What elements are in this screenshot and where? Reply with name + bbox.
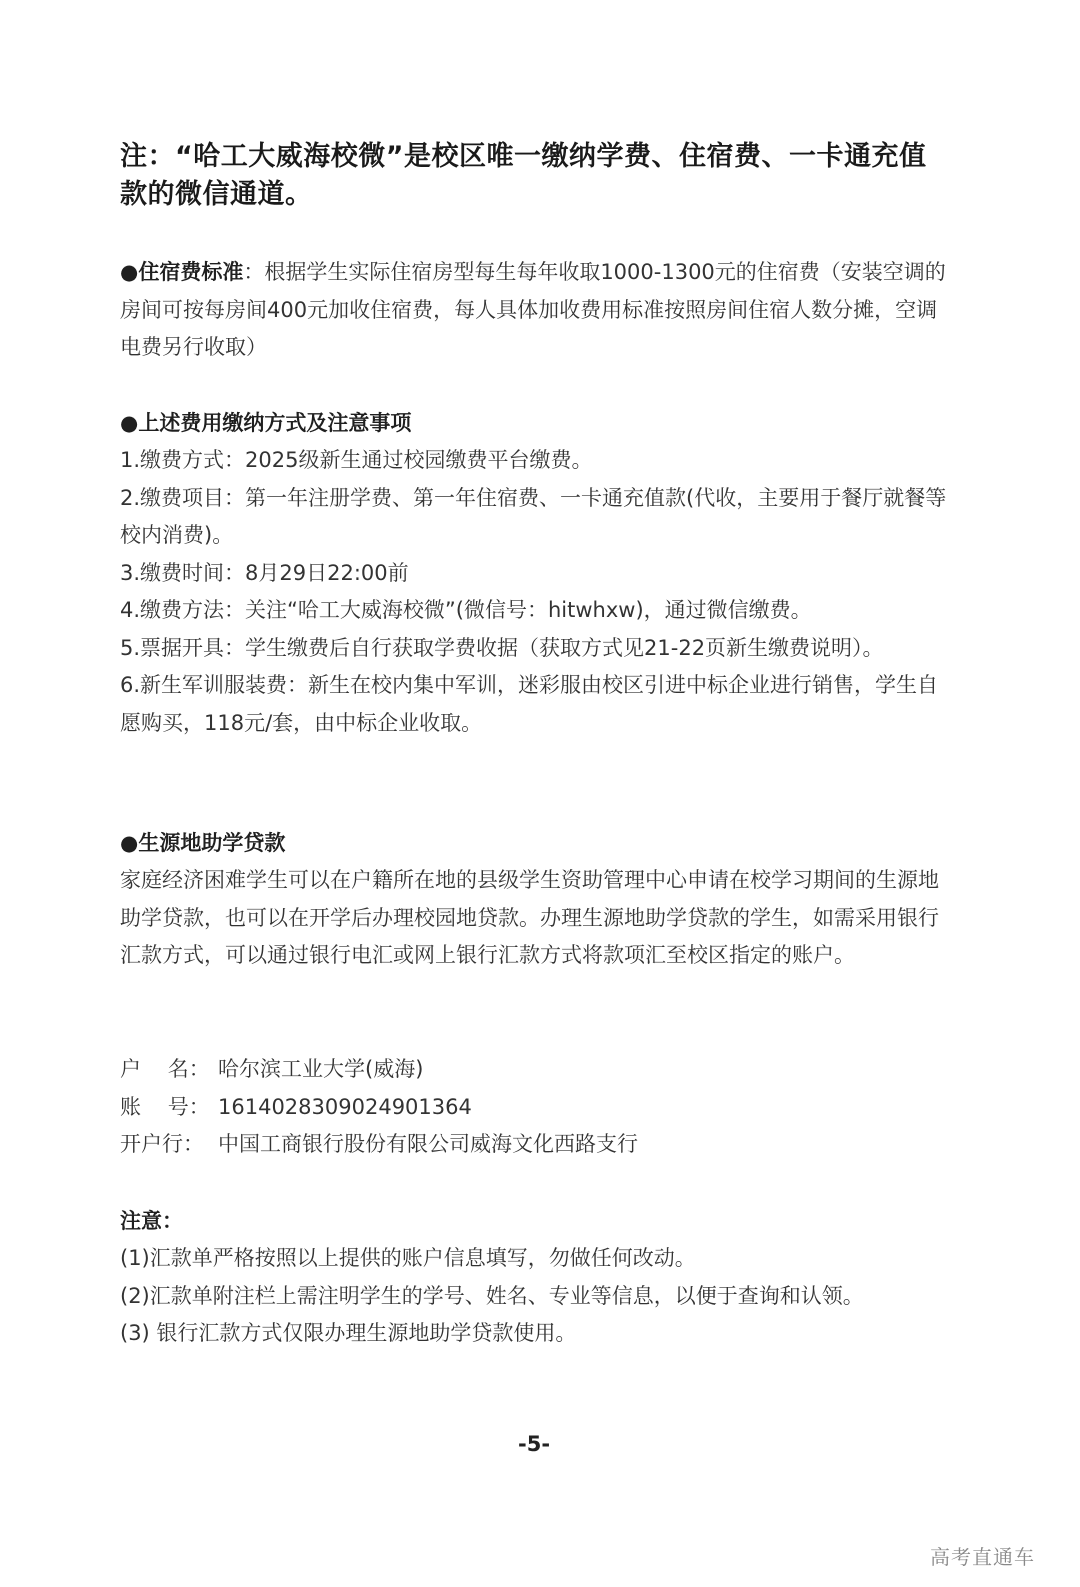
attention-item: (3) 银行汇款方式仅限办理生源地助学贷款使用。 [120, 1315, 950, 1353]
account-bank-value: 中国工商银行股份有限公司威海文化西路支行 [218, 1126, 638, 1164]
accommodation-text: ：根据学生实际住宿房型每生每年收取1000-1300元的住宿费（安装空调的房间可… [120, 260, 946, 359]
page-number: -5- [518, 1432, 550, 1456]
bullet-icon: ● [120, 831, 138, 855]
payment-section: ●上述费用缴纳方式及注意事项 1.缴费方式：2025级新生通过校园缴费平台缴费。… [120, 405, 950, 742]
payment-item: 2.缴费项目：第一年注册学费、第一年住宿费、一卡通充值款(代收，主要用于餐厅就餐… [120, 480, 950, 555]
payment-item: 4.缴费方法：关注“哈工大威海校微”(微信号：hitwhxw)，通过微信缴费。 [120, 592, 950, 630]
account-number-row: 账 号： 1614028309024901364 [120, 1089, 950, 1127]
watermark: 高考直通车 [930, 1541, 1035, 1570]
attention-section: 注意： (1)汇款单严格按照以上提供的账户信息填写，勿做任何改动。 (2)汇款单… [120, 1203, 950, 1353]
bullet-icon: ● [120, 260, 138, 284]
accommodation-heading: 住宿费标准 [138, 260, 243, 284]
payment-item: 6.新生军训服装费：新生在校内集中军训，迷彩服由校区引进中标企业进行销售，学生自… [120, 667, 950, 742]
loan-section: ●生源地助学贷款 家庭经济困难学生可以在户籍所在地的县级学生资助管理中心申请在校… [120, 825, 950, 975]
payment-item: 1.缴费方式：2025级新生通过校园缴费平台缴费。 [120, 442, 950, 480]
note-title: 注：“哈工大威海校微”是校区唯一缴纳学费、住宿费、一卡通充值款的微信通道。 [120, 138, 950, 214]
account-name-value: 哈尔滨工业大学(威海) [218, 1051, 423, 1089]
loan-heading: 生源地助学贷款 [138, 831, 285, 855]
account-number-label: 账 号： [120, 1089, 218, 1127]
payment-item: 5.票据开具：学生缴费后自行获取学费收据（获取方式见21-22页新生缴费说明）。 [120, 630, 950, 668]
accommodation-paragraph: ●住宿费标准：根据学生实际住宿房型每生每年收取1000-1300元的住宿费（安装… [120, 254, 950, 367]
loan-heading-row: ●生源地助学贷款 [120, 825, 950, 862]
account-info: 户 名： 哈尔滨工业大学(威海) 账 号： 161402830902490136… [120, 1051, 950, 1164]
payment-heading-row: ●上述费用缴纳方式及注意事项 [120, 405, 950, 442]
bullet-icon: ● [120, 411, 138, 435]
payment-item: 3.缴费时间：8月29日22:00前 [120, 555, 950, 593]
account-name-label: 户 名： [120, 1051, 218, 1089]
account-name-row: 户 名： 哈尔滨工业大学(威海) [120, 1051, 950, 1089]
accommodation-section: ●住宿费标准：根据学生实际住宿房型每生每年收取1000-1300元的住宿费（安装… [120, 254, 950, 367]
payment-heading: 上述费用缴纳方式及注意事项 [138, 411, 411, 435]
attention-heading: 注意： [120, 1203, 950, 1240]
attention-item: (2)汇款单附注栏上需注明学生的学号、姓名、专业等信息，以便于查询和认领。 [120, 1278, 950, 1316]
account-bank-label: 开户行： [120, 1126, 218, 1164]
account-number-value: 1614028309024901364 [218, 1089, 472, 1127]
loan-paragraph: 家庭经济困难学生可以在户籍所在地的县级学生资助管理中心申请在校学习期间的生源地助… [120, 862, 950, 975]
account-bank-row: 开户行： 中国工商银行股份有限公司威海文化西路支行 [120, 1126, 950, 1164]
attention-item: (1)汇款单严格按照以上提供的账户信息填写，勿做任何改动。 [120, 1240, 950, 1278]
